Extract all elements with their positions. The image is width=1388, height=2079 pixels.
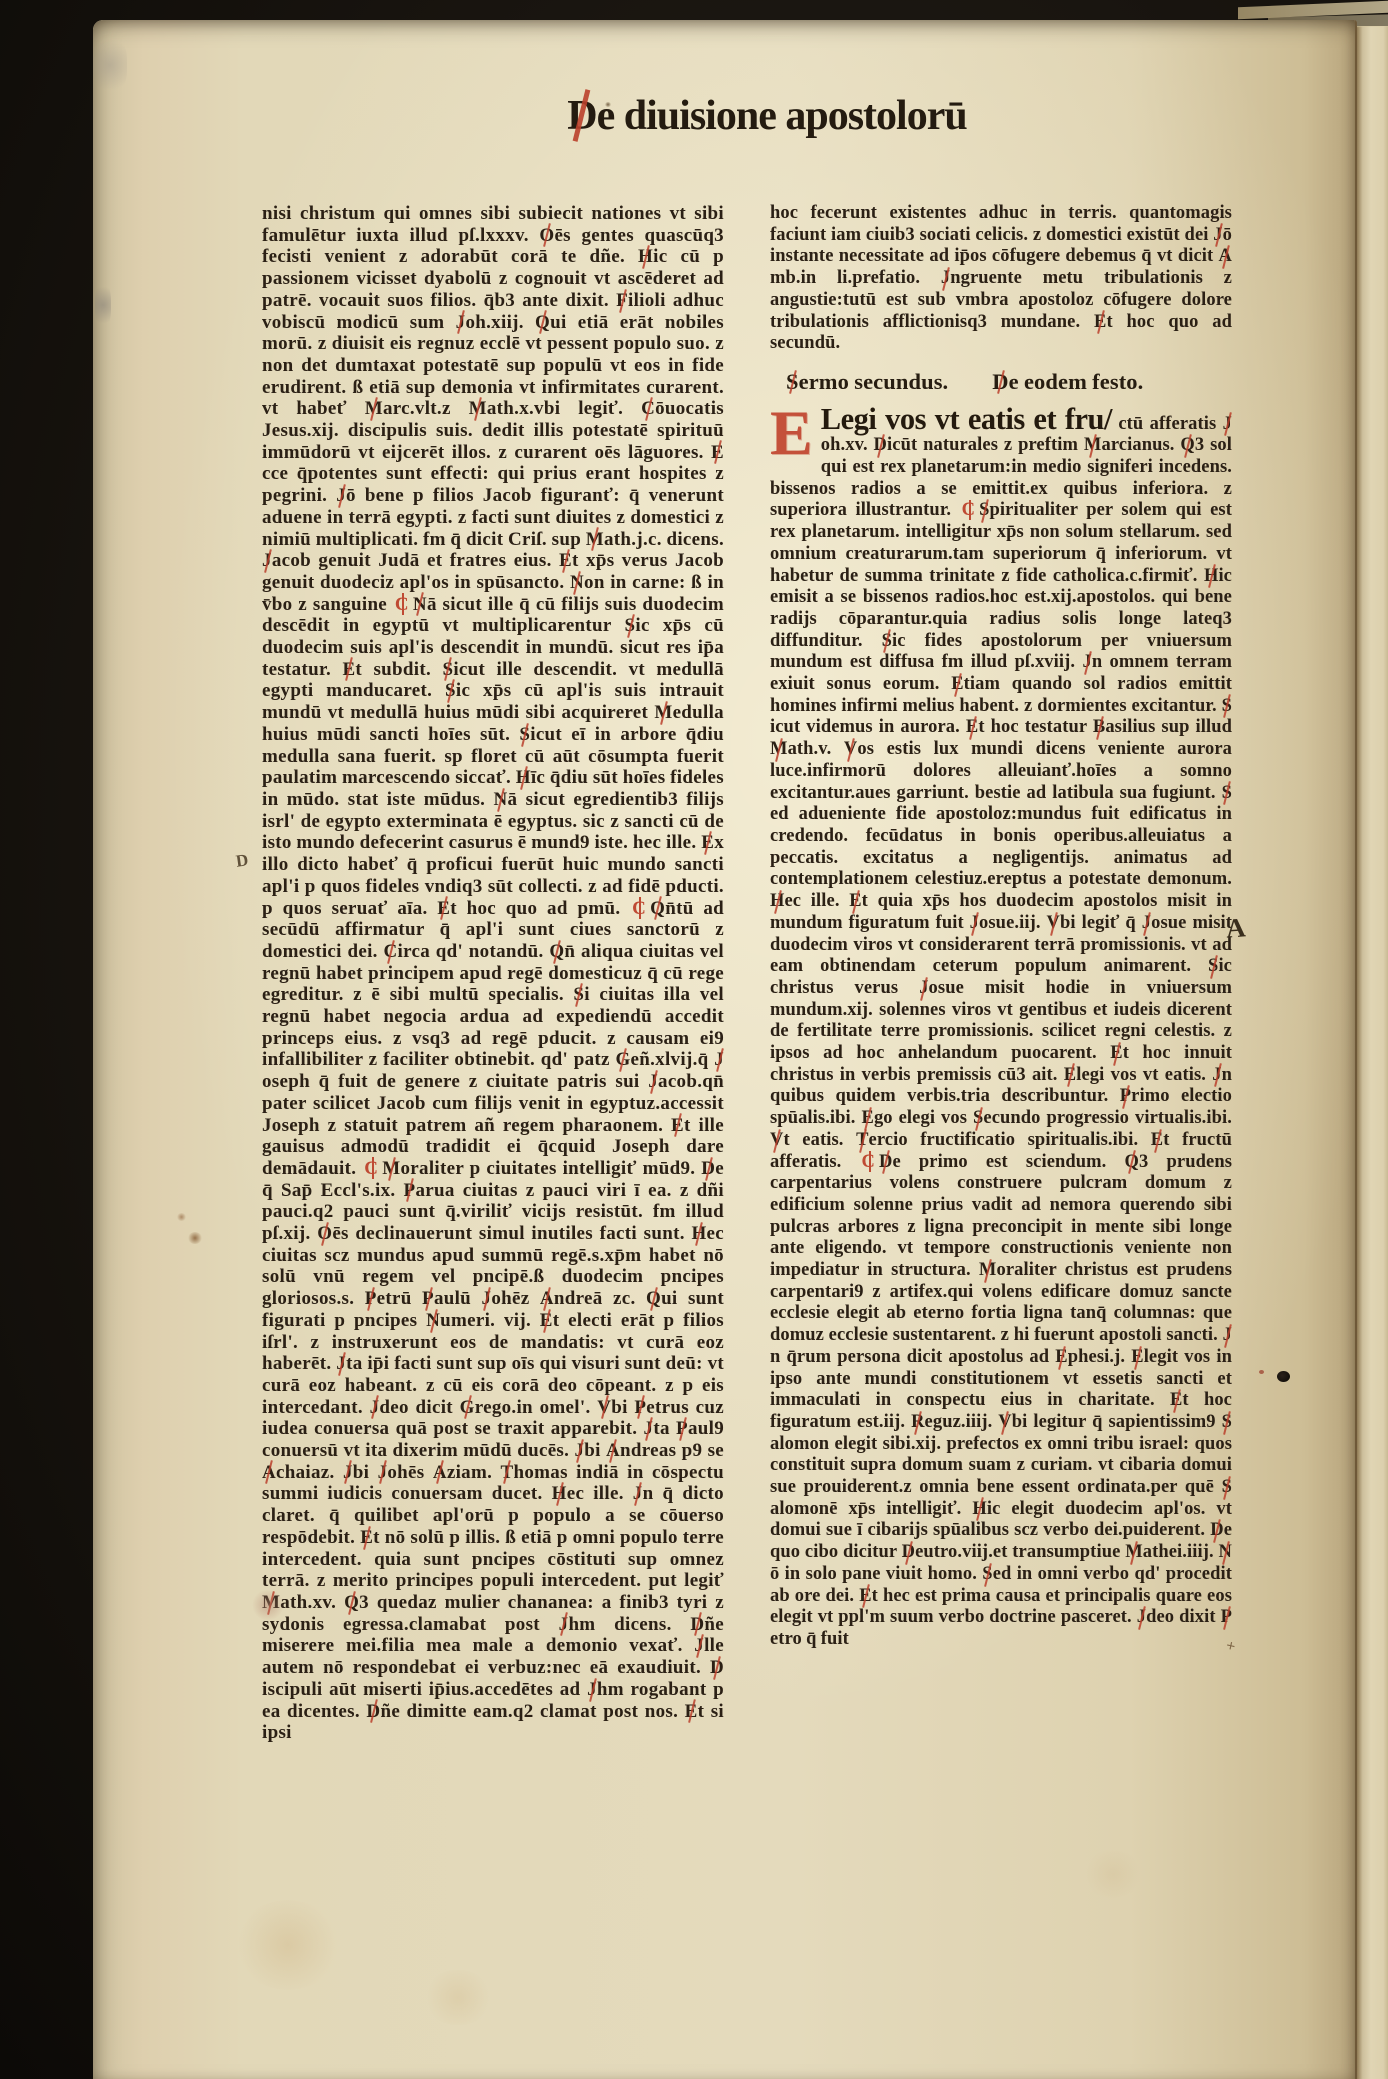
rubricated-capital: J: [970, 913, 979, 935]
rubricated-capital: D: [701, 1158, 715, 1180]
rubricated-capital: S: [625, 615, 636, 637]
sermon-body: ctū afferatis Joh.xv. Dicūt naturales z …: [770, 414, 1232, 1649]
rubricated-capital: E: [711, 442, 724, 464]
rubricated-capital: V: [1047, 913, 1060, 935]
rubricated-capital: A: [262, 1462, 276, 1484]
rubricated-capital: D: [902, 1542, 915, 1564]
text-column-right: hoc fecerunt existentes adhuc in terris.…: [770, 203, 1232, 1651]
rubricated-capital: R: [911, 1412, 924, 1434]
rubricated-capital: E: [1094, 312, 1106, 334]
rubricated-capital: Q: [535, 312, 550, 334]
rubricated-capital: E: [966, 717, 978, 739]
rubricated-capital: N: [570, 572, 584, 594]
rubricated-capital: S: [573, 984, 584, 1006]
rubricated-capital: J: [482, 1288, 492, 1310]
rubricated-capital: S: [1222, 696, 1232, 718]
text-column-left: nisi christum qui omnes sibi subiecit na…: [262, 203, 724, 1744]
rubricated-capital: E: [360, 1527, 373, 1549]
rubricated-capital: T: [856, 1130, 868, 1152]
capitulum-mark: C: [632, 898, 646, 919]
rubricated-capital: S: [1208, 956, 1218, 978]
rubricated-capital: J: [1137, 1607, 1146, 1629]
rubricated-capital: J: [919, 978, 928, 1000]
sermon-heading: Sermo secundus. De eodem festo.: [786, 371, 1232, 393]
rubricated-capital: Q: [549, 941, 564, 963]
sermon-heading-feast: De eodem festo.: [992, 371, 1143, 393]
rubricated-capital: J: [648, 1071, 658, 1093]
rubricated-capital: E: [559, 550, 572, 572]
rubricated-capital: N: [413, 594, 427, 616]
rubricated-capital: A: [1219, 246, 1232, 268]
rubricated-capital: E: [1064, 1065, 1076, 1087]
rubricated-capital: E: [342, 659, 355, 681]
rubricated-capital: C: [641, 398, 655, 420]
rubricated-capital: Q: [646, 1288, 661, 1310]
rubricated-capital: M: [586, 529, 604, 551]
stain: [423, 1970, 493, 2025]
rubricated-capital: J: [1142, 913, 1151, 935]
rubricated-capital: E: [859, 1586, 871, 1608]
rubricated-capital: Q: [1125, 1152, 1140, 1174]
rubricated-capital: J: [1223, 414, 1232, 436]
rubricated-capital: N: [426, 1310, 440, 1332]
margin-annotation-letter: A: [1225, 912, 1247, 944]
rubricated-capital: J: [587, 1679, 597, 1701]
edge-smudge: [95, 282, 111, 328]
rubricated-capital: N: [494, 789, 508, 811]
rubricated-capital: S: [979, 500, 989, 522]
rubricated-capital: H: [638, 246, 653, 268]
rubricated-capital: E: [540, 1310, 553, 1332]
rubricated-capital: H: [516, 767, 531, 789]
rubricated-capital: J: [370, 1397, 380, 1419]
rubricated-capital: O: [317, 1223, 332, 1245]
rubricated-capital: E: [701, 832, 714, 854]
rubricated-capital: J: [1212, 1065, 1221, 1087]
rubricated-capital: J: [1082, 652, 1091, 674]
rubricated-capital: S: [973, 1108, 983, 1130]
rubricated-capital: J: [262, 550, 272, 572]
rubricated-capital: G: [460, 1397, 475, 1419]
rubricated-capital: O: [539, 225, 554, 247]
rubricated-capital: E: [1055, 1347, 1067, 1369]
rubricated-capital: J: [456, 312, 466, 334]
rubricated-capital: P: [1120, 1086, 1131, 1108]
rubricated-capital: D: [1210, 1520, 1223, 1542]
rubricated-capital: S: [442, 659, 453, 681]
ink-speck: [605, 102, 611, 107]
rubricated-capital: E: [437, 898, 450, 920]
rubricated-capital: P: [676, 1418, 688, 1440]
rubricated-capital: M: [1125, 1542, 1143, 1564]
rubricated-capital: J: [559, 1614, 569, 1636]
rubricated-capital: T: [501, 1462, 514, 1484]
rubricated-capital: E: [862, 1108, 874, 1130]
rubricated-capital: Q: [1180, 435, 1195, 457]
running-title-text: e diuisione apostolorū: [597, 93, 967, 139]
rubricated-capital: M: [365, 398, 383, 420]
rubricated-capital: J: [941, 268, 950, 290]
running-title: De diuisione apostolorū: [530, 92, 1004, 140]
stain: [177, 1213, 186, 1221]
rubricated-capital: J: [644, 1418, 654, 1440]
red-speck: [1259, 1370, 1264, 1374]
stain: [1083, 1850, 1143, 1898]
rubricated-capital: P: [365, 1288, 377, 1310]
rubricated-capital: J: [378, 1462, 388, 1484]
rubricated-capital: V: [844, 739, 857, 761]
rubricated-capital: S: [1222, 1477, 1232, 1499]
rubricated-capital: M: [770, 739, 788, 761]
sermon-theme: ELegi vos vt eatis et fru/ ctū afferatis…: [770, 403, 1232, 1651]
rubricated-capital: C: [383, 941, 397, 963]
rubricated-capital: B: [1093, 717, 1105, 739]
rubricated-capital: J: [1223, 1325, 1232, 1347]
rubricated-capital: A: [540, 1288, 554, 1310]
theme-incipit: Legi vos vt eatis et fru/: [821, 402, 1112, 436]
corner-smudge: [93, 36, 127, 94]
rubricated-capital: Q: [650, 898, 665, 920]
sermon-heading-number: Sermo secundus.: [786, 371, 948, 393]
rubricated-capital: E: [685, 1701, 698, 1723]
rubricated-capital: S: [882, 631, 892, 653]
rubricated-capital: J: [574, 1440, 584, 1462]
rubricated-capital: S: [1222, 1412, 1232, 1434]
rubricated-capital: H: [1204, 566, 1219, 588]
ink-dot: [1277, 1371, 1290, 1382]
rubricated-capital: D: [874, 435, 887, 457]
rubricated-capital: M: [979, 1260, 997, 1282]
rubricated-capital: J: [343, 1462, 353, 1484]
rubricated-capital: D: [879, 1152, 892, 1174]
rubricated-capital: S: [1222, 783, 1232, 805]
rubricated-capital: P: [1221, 1607, 1232, 1629]
rubricated-capital: M: [382, 1158, 400, 1180]
rubricated-capital: E: [1151, 1130, 1163, 1152]
rubricated-capital: E: [671, 1115, 684, 1137]
rubricated-capital: D: [710, 1657, 724, 1679]
rubricated-capital: P: [634, 1397, 646, 1419]
stain: [188, 1232, 202, 1244]
rubricated-capital: A: [433, 1462, 447, 1484]
rubricated-capital: J: [694, 1635, 704, 1657]
book-page: De diuisione apostolorū nisi christum qu…: [93, 20, 1357, 2079]
rubricated-capital: S: [445, 680, 456, 702]
lombard-initial-E: E: [770, 405, 813, 463]
fore-edge-next-leaf: [1357, 26, 1388, 2079]
rubricated-capital: P: [404, 1180, 416, 1202]
rubricated-capital: E: [1170, 1390, 1182, 1412]
rubricated-capital: H: [552, 1483, 567, 1505]
rubricated-capital: E: [1131, 1347, 1143, 1369]
capitulum-mark: C: [862, 1152, 875, 1172]
rubricated-capital: V: [770, 1130, 783, 1152]
rubricated-capital: J: [1213, 225, 1222, 247]
photograph-of-incunable-page: { "meta": { "description": "Scanned page…: [0, 0, 1388, 2079]
rubricated-capital: F: [616, 290, 628, 312]
stain: [233, 1900, 343, 1990]
rubricated-capital: S: [519, 724, 530, 746]
rubricated-capital: J: [336, 485, 346, 507]
rubricated-capital: H: [691, 1223, 706, 1245]
rubricated-capital: H: [770, 891, 785, 913]
rubricated-capital: M: [654, 702, 672, 724]
capitulum-mark: C: [395, 594, 409, 615]
rubricated-capital: A: [606, 1440, 620, 1462]
rubricated-capital: J: [714, 1049, 724, 1071]
rubricated-capital: N: [1219, 1542, 1232, 1564]
rubricated-capital: D: [366, 1701, 380, 1723]
intro-paragraph: hoc fecerunt existentes adhuc in terris.…: [770, 203, 1232, 355]
capitulum-mark: C: [364, 1158, 378, 1179]
stain: [251, 1590, 285, 1620]
rubricated-capital: P: [422, 1288, 434, 1310]
rubricated-capital: J: [336, 1353, 346, 1375]
rubricated-capital: E: [1110, 1043, 1122, 1065]
rubricated-capital: V: [597, 1397, 611, 1419]
running-title-initial: D: [567, 92, 596, 140]
rubricated-capital: D: [690, 1614, 704, 1636]
rubricated-capital: J: [633, 1483, 643, 1505]
rubricated-capital: H: [972, 1499, 987, 1521]
rubricated-capital: Q: [344, 1592, 359, 1614]
rubricated-capital: E: [951, 674, 963, 696]
rubricated-capital: G: [615, 1049, 630, 1071]
rubricated-capital: S: [982, 1564, 992, 1586]
rubricated-capital: M: [1084, 435, 1102, 457]
capitulum-mark: C: [962, 500, 975, 520]
rubricated-capital: E: [849, 891, 861, 913]
margin-annotation-left: D: [235, 850, 250, 872]
rubricated-capital: M: [469, 398, 487, 420]
rubricated-capital: V: [998, 1412, 1011, 1434]
